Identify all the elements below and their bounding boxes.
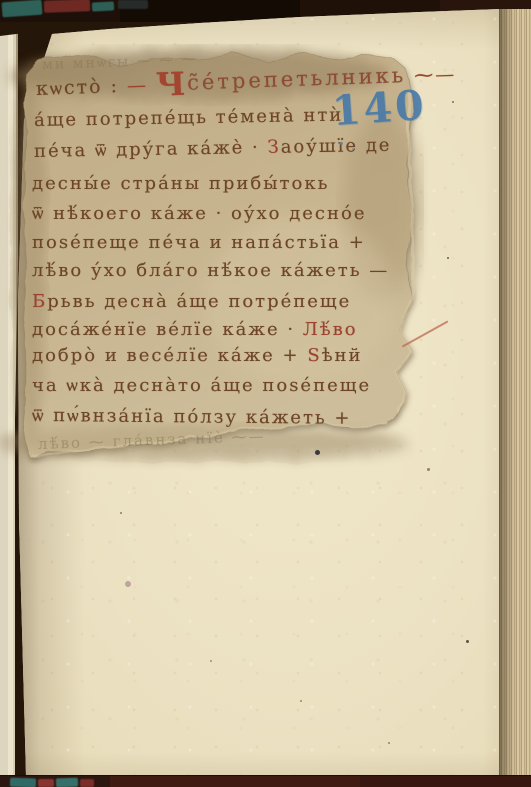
headband-segment-bottom <box>80 779 94 787</box>
text-run: — <box>127 74 149 97</box>
text-run: ѿ нѣ́коего ка́же · оу́хо десно́е <box>32 203 367 224</box>
text-run: аоу́шїе де <box>281 135 392 158</box>
manuscript-line-11: добро̀ и весе́лїе ка́же + Ѕѣнй <box>32 344 363 368</box>
text-run: пе́ча ѿ дру́га ка́жѐ · <box>34 137 268 162</box>
headband-segment-top <box>118 0 148 9</box>
headband-segment-bottom <box>38 779 54 787</box>
text-run: доса́же́нїе ве́лїе ка́же · <box>32 319 303 340</box>
folio-number: 140 <box>330 81 428 135</box>
manuscript-line-8: лѣ́во у́хо бла́го нѣ́кое ка́жеть — <box>32 259 389 283</box>
text-run: лѣ́во ⁓ гла́внза нїѐ ⁓— <box>38 427 266 453</box>
manuscript-line-14: лѣ́во ⁓ гла́внза нїѐ ⁓— <box>38 424 266 456</box>
manuscript-line-12: ча ѡка̀ десна̀то а́ще поѕе́пеще <box>32 374 371 398</box>
text-run: Б <box>32 291 47 312</box>
manuscript-line-7: поѕе́пеще пе́ча и напа́стьїа + <box>32 231 366 255</box>
manuscript-line-10: доса́же́нїе ве́лїе ка́же · Лѣ́во <box>32 318 358 342</box>
paper-speck <box>315 450 320 455</box>
book-photograph: ми мнѡгы ⁓ ⁓ ⁓кѡсто̀ : — Чс̃е́трепетьлни… <box>0 0 531 787</box>
text-run: а́ще потрепе́щь те́мена̀ нтѝ <box>34 105 344 131</box>
paper-speck <box>120 512 122 514</box>
paper-speck <box>466 640 469 643</box>
text-run: лѣ́во у́хо бла́го нѣ́кое ка́жеть — <box>32 260 389 281</box>
paper-speck <box>452 101 454 103</box>
headband-segment-top <box>44 0 90 13</box>
text-run: десны́е стра́ны прибы́токь <box>32 173 329 194</box>
manuscript-line-5: десны́е стра́ны прибы́токь <box>32 172 329 196</box>
text-run: ча ѡка̀ десна̀то а́ще поѕе́пеще <box>32 375 371 396</box>
headband-segment-top <box>2 0 43 17</box>
paper-speck <box>340 142 343 145</box>
manuscript-line-6: ѿ нѣ́коего ка́же · оу́хо десно́е <box>32 202 367 226</box>
headband-segment-bottom <box>10 778 36 787</box>
text-run: Лѣ́во <box>303 319 358 340</box>
paper-speck <box>210 660 212 662</box>
text-run: Ч <box>155 65 188 104</box>
manuscript-text-layer: ми мнѡгы ⁓ ⁓ ⁓кѡсто̀ : — Чс̃е́трепетьлни… <box>0 0 531 787</box>
text-run: ѿ пѡ́внза́нїа по́лзу ка́жеть + <box>32 405 352 429</box>
paper-speck <box>427 468 430 471</box>
text-run: добро̀ и весе́лїе ка́же + <box>32 345 307 366</box>
text-run: кѡсто̀ : <box>36 75 128 100</box>
text-run: поѕе́пеще пе́ча и напа́стьїа + <box>32 232 366 253</box>
text-run: З <box>267 137 281 158</box>
text-run: Ѕ <box>307 345 321 366</box>
manuscript-line-3: а́ще потрепе́щь те́мена̀ нтѝ <box>34 104 344 133</box>
manuscript-line-4: пе́ча ѿ дру́га ка́жѐ · Заоу́шїе де <box>34 134 392 164</box>
text-run: рьвь десна̀ а́ще потре́пеще <box>47 291 351 312</box>
paper-speck <box>125 581 131 587</box>
manuscript-line-9: Брьвь десна̀ а́ще потре́пеще <box>32 290 351 314</box>
paper-speck <box>300 700 302 702</box>
headband-segment-top <box>92 1 114 11</box>
paper-speck <box>388 742 390 744</box>
headband-segment-bottom <box>56 778 78 787</box>
paper-speck <box>352 148 354 150</box>
paper-speck <box>447 257 449 259</box>
text-run: ѣнй <box>322 345 363 366</box>
